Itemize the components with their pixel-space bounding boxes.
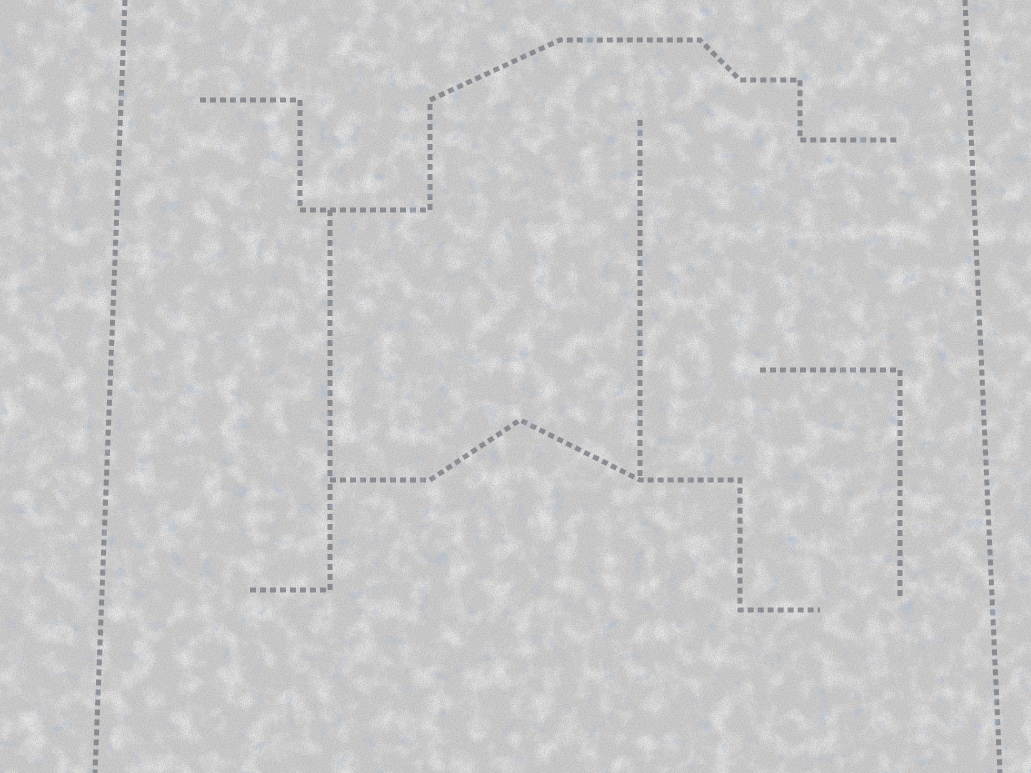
rug-pattern xyxy=(0,0,1031,773)
rug-photo xyxy=(0,0,1031,773)
